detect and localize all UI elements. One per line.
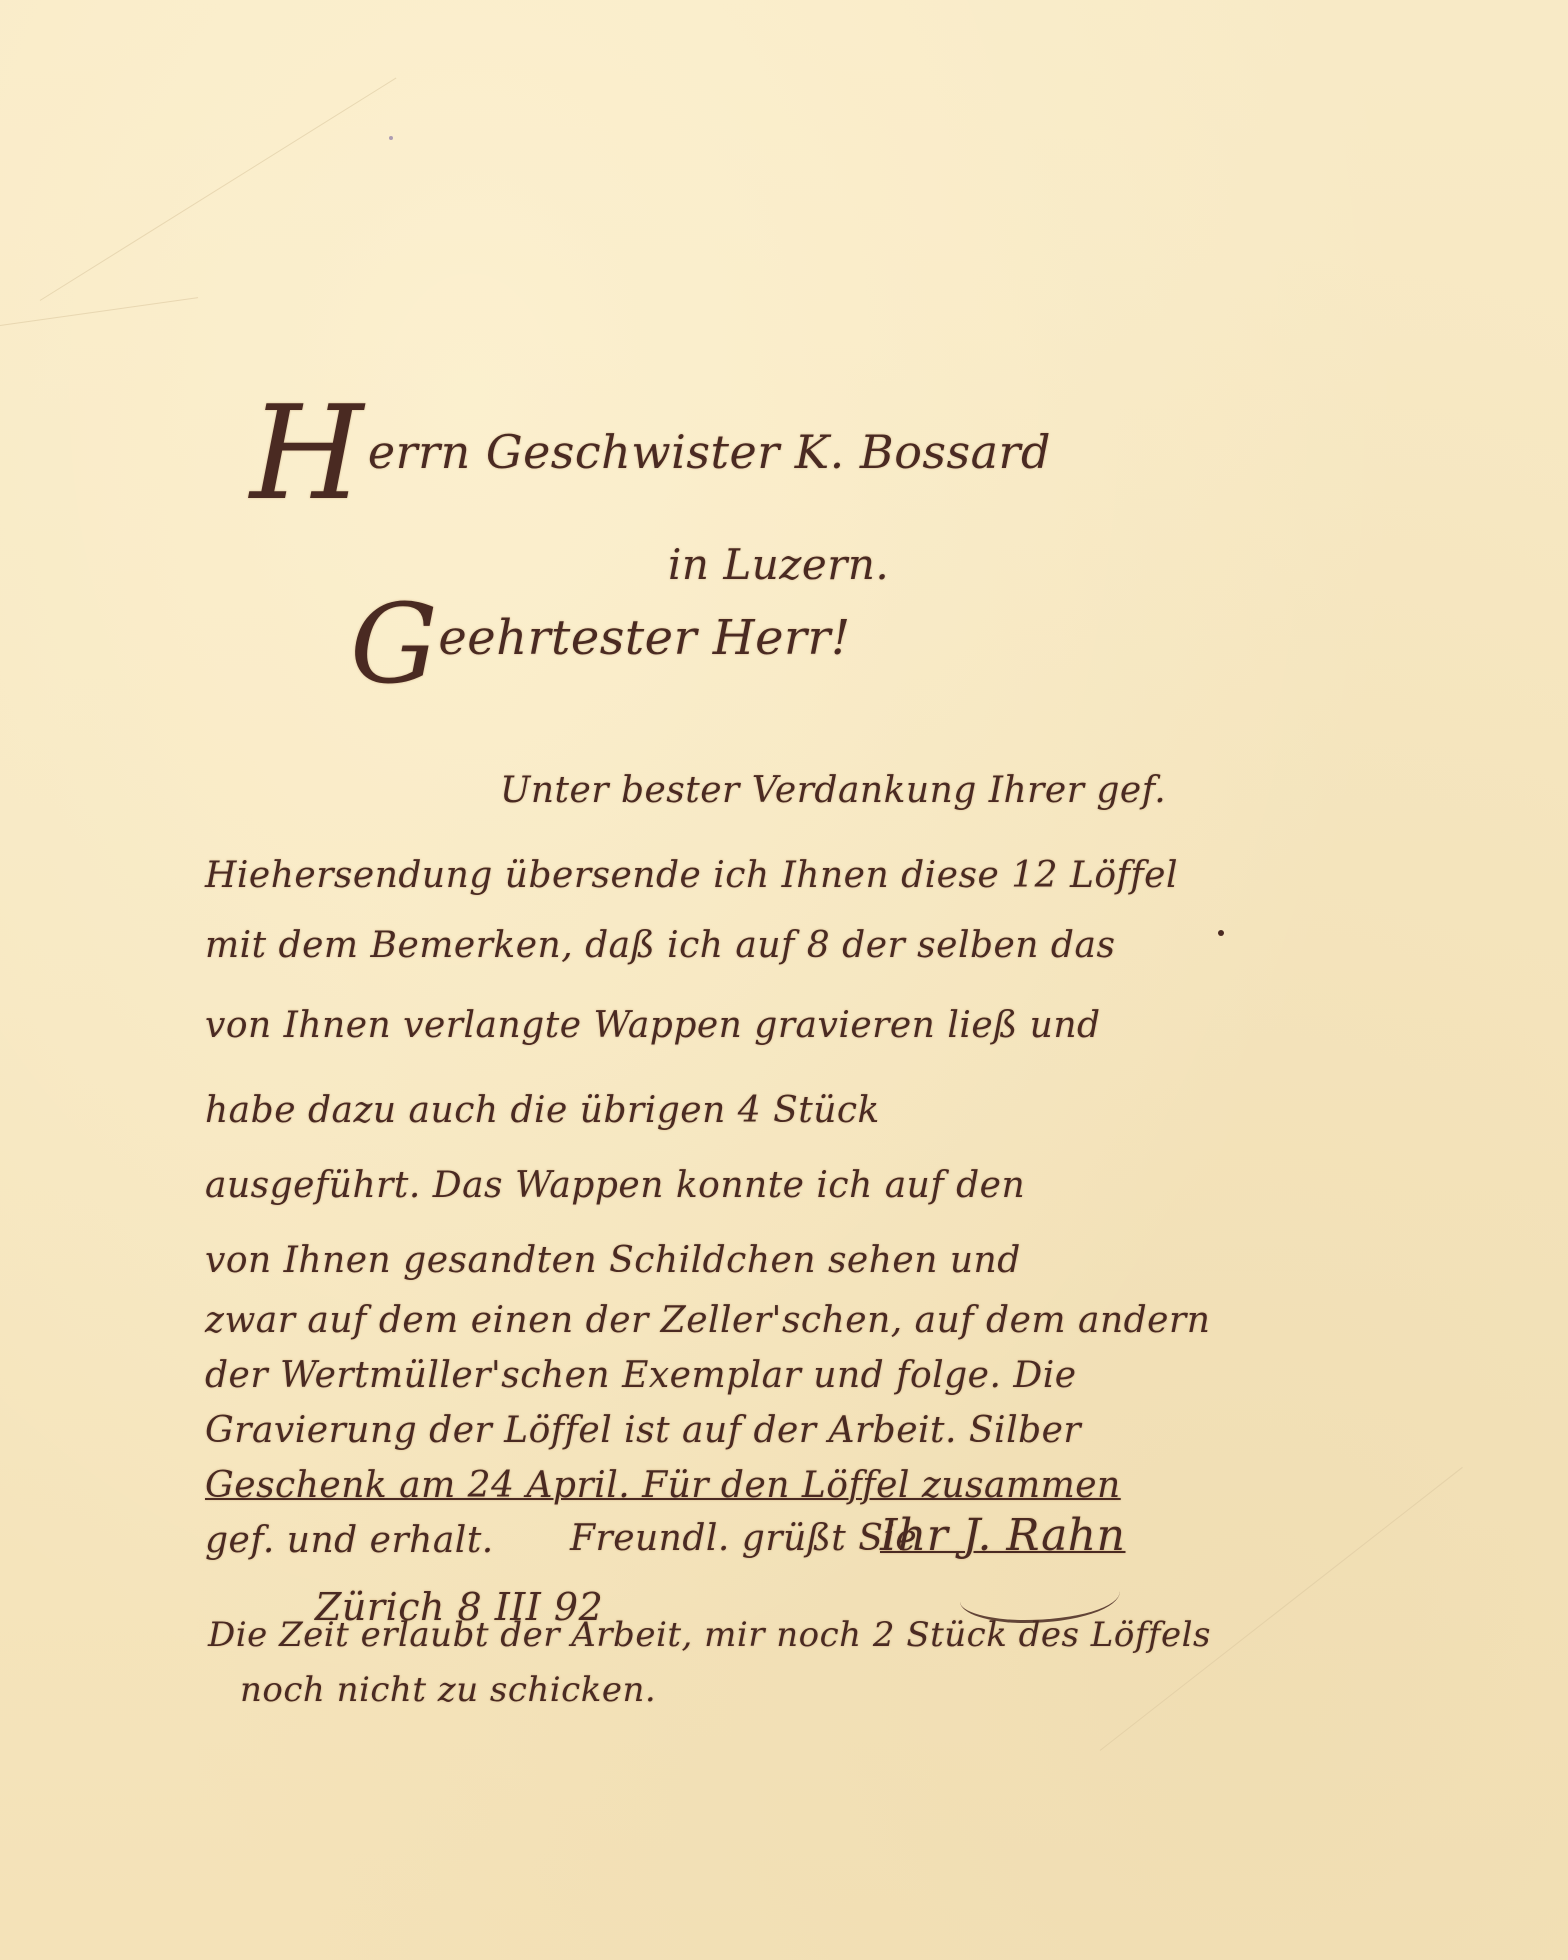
body-line: habe dazu auch die übrigen 4 Stück (205, 1090, 880, 1131)
address-initial: H (250, 377, 364, 529)
body-line: Gravierung der Löffel ist auf der Arbeit… (205, 1410, 1081, 1451)
salutation: Geehrtester Herr! (350, 610, 851, 666)
ink-dot (1218, 930, 1224, 936)
postscript-line: Die Zeit erlaubt der Arbeit, mir noch 2 … (208, 1615, 1211, 1655)
address-line-1-text: errn Geschwister K. Bossard (368, 425, 1051, 479)
salutation-initial: G (350, 580, 438, 708)
body-line: Unter bester Verdankung Ihrer gef. (500, 770, 1166, 811)
paper-background (0, 0, 1568, 1960)
body-line: der Wertmüller'schen Exemplar und folge.… (205, 1355, 1077, 1396)
body-line: zwar auf dem einen der Zeller'schen, auf… (205, 1300, 1210, 1341)
address-line-2: in Luzern. (668, 540, 889, 589)
body-line: Geschenk am 24 April. Für den Löffel zus… (205, 1465, 1121, 1506)
signature: Ihr J. Rahn (880, 1510, 1125, 1561)
body-line: gef. und erhalt. (205, 1520, 494, 1561)
postscript-line: noch nicht zu schicken. (240, 1670, 656, 1710)
closing: Freundl. grüßt Sie (570, 1518, 917, 1559)
body-line: von Ihnen verlangte Wappen gravieren lie… (205, 1005, 1101, 1046)
body-line: mit dem Bemerken, daß ich auf 8 der selb… (205, 925, 1115, 966)
body-line: von Ihnen gesandten Schildchen sehen und (205, 1240, 1021, 1281)
body-line: ausgeführt. Das Wappen konnte ich auf de… (205, 1165, 1025, 1206)
body-line: Hiehersendung übersende ich Ihnen diese … (205, 855, 1178, 896)
address-line-1: Herrn Geschwister K. Bossard (250, 425, 1051, 479)
ink-speck (389, 136, 393, 140)
salutation-text: eehrtester Herr! (438, 610, 850, 666)
